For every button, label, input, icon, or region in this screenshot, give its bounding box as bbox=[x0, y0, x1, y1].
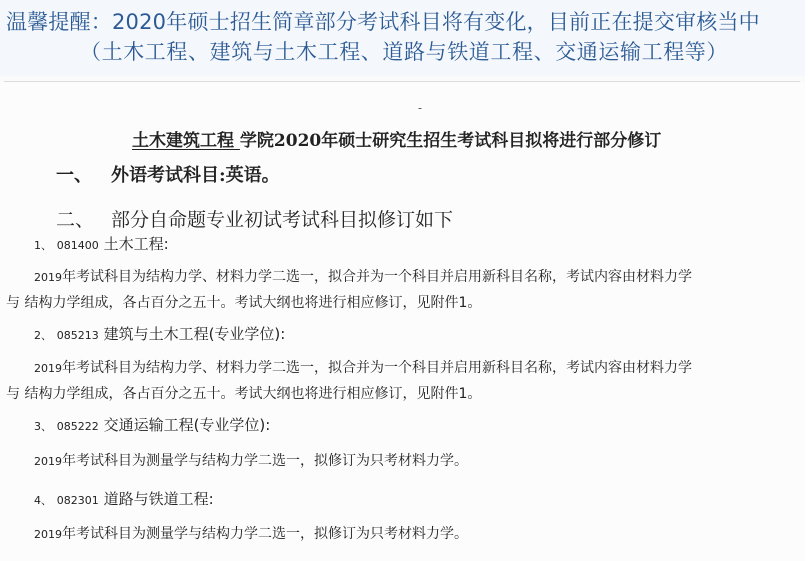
program-code: 081400 bbox=[57, 239, 99, 252]
section-number: 一、 bbox=[56, 161, 111, 187]
item-index: 2、 bbox=[34, 329, 52, 342]
year: 2019 bbox=[34, 455, 62, 468]
section-text: 外语考试科目:英语。 bbox=[111, 165, 280, 186]
banner-line-1: 温馨提醒：2020年硕士招生简章部分考试科目将有变化，目前正在提交审核当中 bbox=[6, 7, 760, 37]
program-paragraph-1-line-1: 2019年考试科目为结构力学、材料力学二选一，拟合并为一个科目并启用新科目名称，… bbox=[34, 263, 692, 292]
program-heading-4: 4、 082301 道路与铁道工程: bbox=[34, 488, 214, 509]
page: 温馨提醒：2020年硕士招生简章部分考试科目将有变化，目前正在提交审核当中 （土… bbox=[0, 0, 808, 561]
program-name: 交通运输工程(专业学位): bbox=[104, 416, 271, 434]
program-heading-3: 3、 085222 交通运输工程(专业学位): bbox=[34, 414, 270, 435]
section-heading-2: 二、部分自命题专业初试考试科目拟修订如下 bbox=[56, 205, 453, 232]
notice-banner: 温馨提醒：2020年硕士招生简章部分考试科目将有变化，目前正在提交审核当中 （土… bbox=[0, 0, 808, 76]
year: 2019 bbox=[34, 362, 62, 375]
program-name: 道路与铁道工程: bbox=[104, 490, 214, 508]
dash-mark: - bbox=[418, 101, 422, 115]
program-code: 085222 bbox=[57, 420, 99, 433]
title-school-underlined: 土木建筑工程 bbox=[132, 131, 240, 151]
title-rest: 学院2020年硕士研究生招生考试科目拟将进行部分修订 bbox=[240, 131, 661, 151]
section-number: 二、 bbox=[56, 205, 111, 232]
program-name: 建筑与土木工程(专业学位): bbox=[104, 325, 286, 343]
year: 2019 bbox=[34, 528, 62, 541]
program-code: 085213 bbox=[57, 329, 99, 342]
paragraph-text: 年考试科目为测量学与结构力学二选一，拟修订为只考材料力学。 bbox=[62, 526, 468, 542]
paragraph-text: 年考试科目为测量学与结构力学二选一，拟修订为只考材料力学。 bbox=[62, 453, 468, 469]
section-text: 部分自命题专业初试考试科目拟修订如下 bbox=[111, 209, 453, 231]
item-index: 1、 bbox=[34, 239, 52, 252]
section-heading-1: 一、外语考试科目:英语。 bbox=[56, 161, 280, 187]
program-heading-1: 1、 081400 土木工程: bbox=[34, 233, 169, 254]
program-paragraph-3: 2019年考试科目为测量学与结构力学二选一，拟修订为只考材料力学。 bbox=[34, 447, 468, 476]
program-paragraph-2-line-1: 2019年考试科目为结构力学、材料力学二选一，拟合并为一个科目并启用新科目名称，… bbox=[34, 354, 692, 383]
item-index: 3、 bbox=[34, 420, 52, 433]
program-paragraph-4: 2019年考试科目为测量学与结构力学二选一，拟修订为只考材料力学。 bbox=[34, 520, 468, 549]
year: 2019 bbox=[34, 271, 62, 284]
document-body: - 土木建筑工程 学院2020年硕士研究生招生考试科目拟将进行部分修订 一、外语… bbox=[0, 82, 805, 561]
program-heading-2: 2、 085213 建筑与土木工程(专业学位): bbox=[34, 323, 285, 344]
paragraph-text: 年考试科目为结构力学、材料力学二选一，拟合并为一个科目并启用新科目名称，考试内容… bbox=[62, 360, 692, 376]
program-code: 082301 bbox=[57, 494, 99, 507]
program-name: 土木工程: bbox=[104, 235, 169, 253]
paragraph-text: 年考试科目为结构力学、材料力学二选一，拟合并为一个科目并启用新科目名称，考试内容… bbox=[62, 269, 692, 285]
program-paragraph-1-line-2: 与 结构力学组成，各占百分之五十。考试大纲也将进行相应修订，见附件1。 bbox=[6, 289, 481, 317]
program-paragraph-2-line-2: 与 结构力学组成，各占百分之五十。考试大纲也将进行相应修订，见附件1。 bbox=[6, 380, 481, 408]
item-index: 4、 bbox=[34, 494, 52, 507]
document-title: 土木建筑工程 学院2020年硕士研究生招生考试科目拟将进行部分修订 bbox=[132, 126, 661, 151]
banner-line-2: （土木工程、建筑与土木工程、道路与铁道工程、交通运输工程等） bbox=[80, 37, 728, 67]
